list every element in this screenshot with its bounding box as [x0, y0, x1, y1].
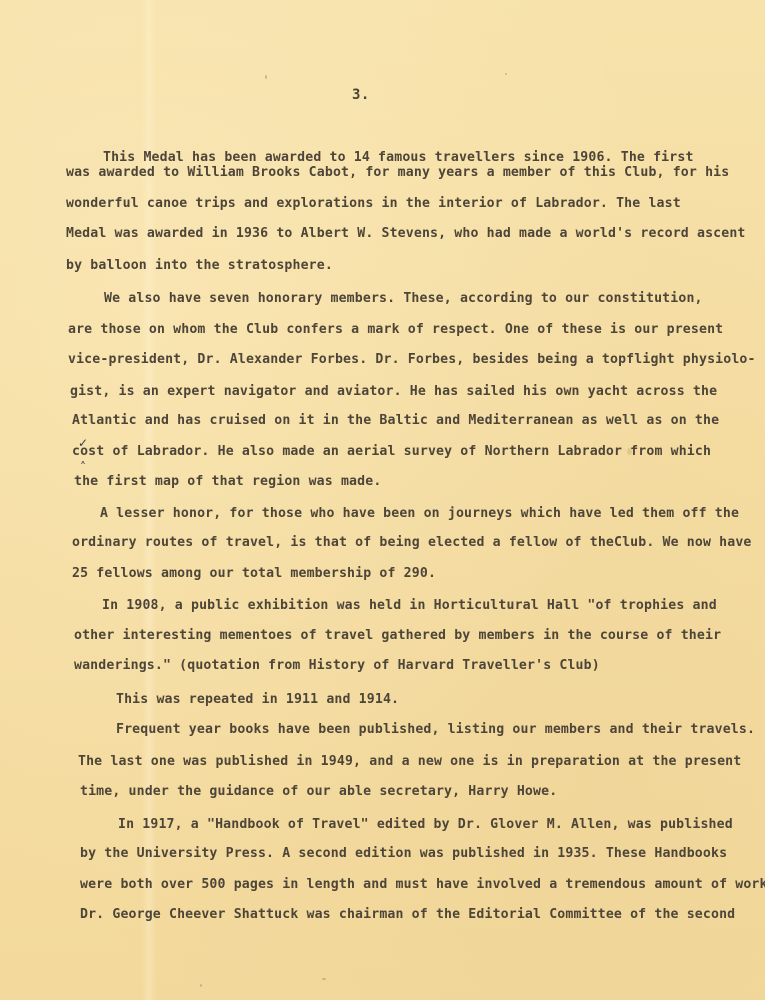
handwritten-caret-mark: ˄ — [80, 460, 86, 474]
text-line: vice-president, Dr. Alexander Forbes. Dr… — [68, 352, 756, 367]
text-line: was awarded to William Brooks Cabot, for… — [66, 165, 729, 180]
text-line: ordinary routes of travel, is that of be… — [72, 535, 752, 550]
text-line: by the University Press. A second editio… — [80, 846, 727, 861]
typed-document-page: 3. This Medal has been awarded to 14 fam… — [0, 0, 765, 1000]
page-number: 3. — [352, 87, 370, 103]
paper-speck — [265, 75, 267, 79]
text-line: This was repeated in 1911 and 1914. — [116, 692, 399, 707]
handwritten-correction-mark: ✓ — [78, 436, 88, 450]
text-line: wanderings." (quotation from History of … — [74, 658, 600, 673]
text-line: The last one was published in 1949, and … — [78, 754, 741, 769]
paper-speck — [505, 73, 507, 75]
text-line: Dr. George Cheever Shattuck was chairman… — [80, 907, 735, 922]
text-line: We also have seven honorary members. The… — [104, 291, 703, 306]
text-line: 25 fellows among our total membership of… — [72, 566, 436, 581]
text-line: the first map of that region was made. — [74, 474, 381, 489]
text-line: Medal was awarded in 1936 to Albert W. S… — [66, 226, 746, 241]
paper-speck — [200, 984, 202, 987]
text-line: are those on whom the Club confers a mar… — [68, 322, 723, 337]
text-line: other interesting mementoes of travel ga… — [74, 628, 721, 643]
text-line: cost of Labrador. He also made an aerial… — [72, 444, 711, 459]
paper-speck — [627, 448, 632, 455]
text-line: In 1908, a public exhibition was held in… — [102, 598, 717, 613]
text-line: by balloon into the stratosphere. — [66, 258, 333, 273]
paper-speck — [322, 978, 326, 980]
text-line: A lesser honor, for those who have been … — [100, 506, 739, 521]
text-line: In 1917, a "Handbook of Travel" edited b… — [118, 817, 733, 832]
text-line: This Medal has been awarded to 14 famous… — [103, 150, 694, 165]
text-line: were both over 500 pages in length and m… — [80, 877, 765, 892]
text-line: Frequent year books have been published,… — [116, 722, 755, 737]
text-line: wonderful canoe trips and explorations i… — [66, 196, 681, 211]
text-line: gist, is an expert navigator and aviator… — [70, 384, 717, 399]
text-line: Atlantic and has cruised on it in the Ba… — [72, 413, 719, 428]
text-line: time, under the guidance of our able sec… — [80, 784, 557, 799]
